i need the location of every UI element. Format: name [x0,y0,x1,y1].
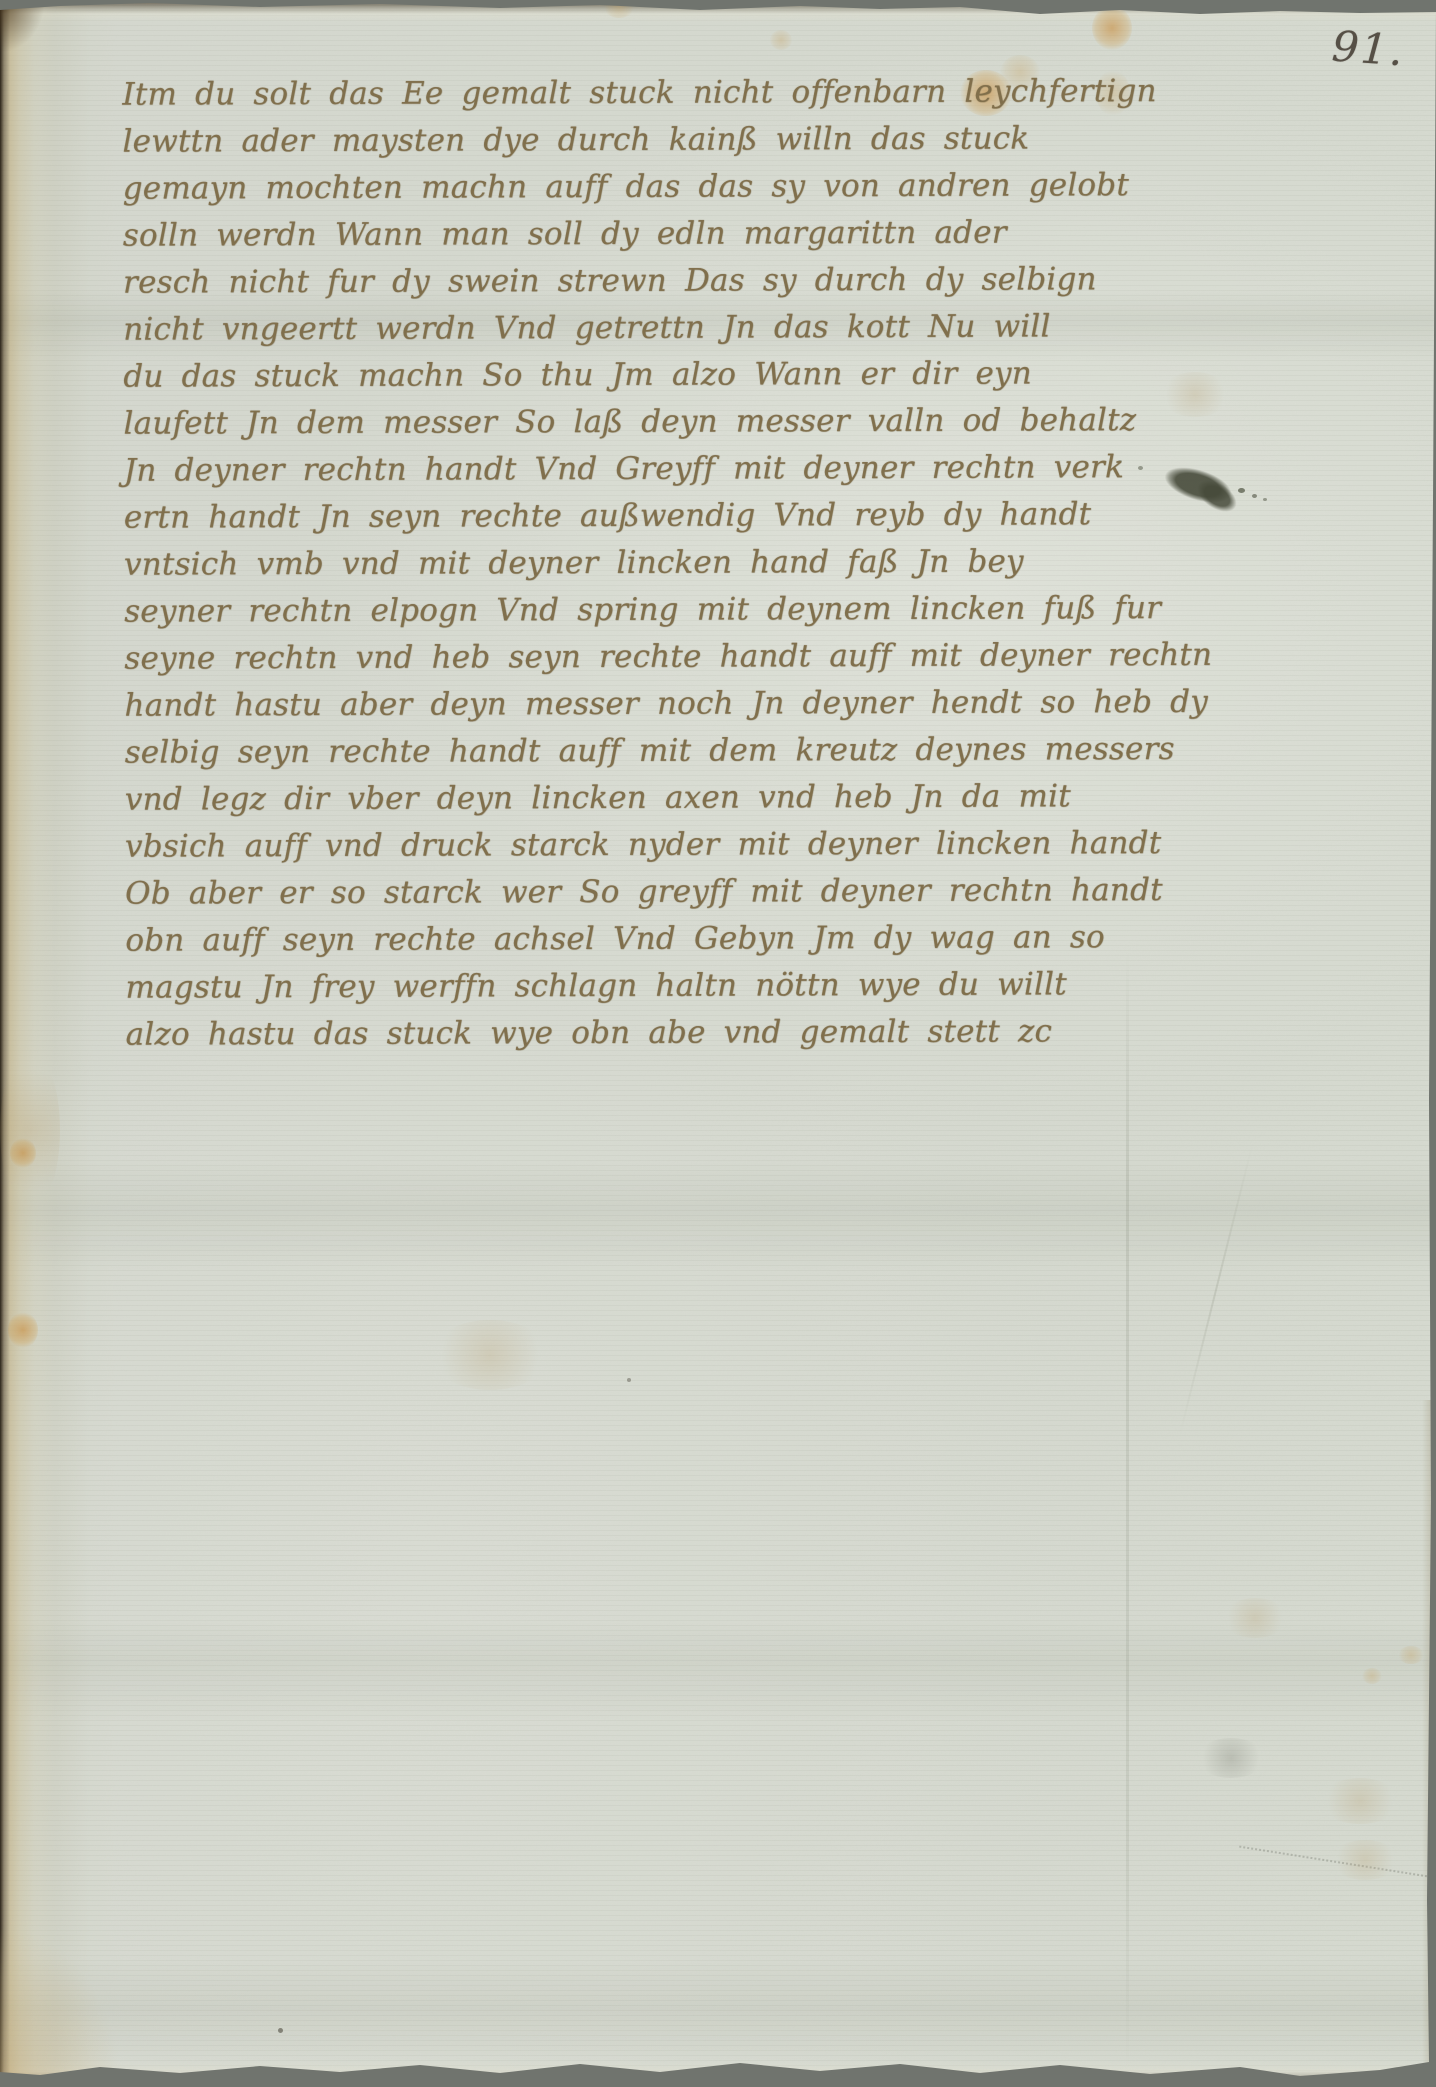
faint-stain [430,1320,550,1390]
manuscript-text-block: Itm du solt das Ee gemalt stuck nicht of… [122,68,1065,1058]
foxing-stain [1362,1668,1382,1684]
faint-stain [0,1050,60,1210]
manuscript-text-line: vbsich auff vnd druck starck nyder mit d… [125,820,1065,870]
manuscript-text-line: lewttn ader maysten dye durch kainß will… [122,115,1062,165]
manuscript-text-line: Jn deyner rechtn handt Vnd Greyff mit de… [124,444,1064,494]
manuscript-text-line: nicht vngeertt werdn Vnd getrettn Jn das… [123,303,1063,353]
gutter-corner-shadow [0,0,70,80]
manuscript-text-line: vntsich vmb vnd mit deyner lincken hand … [124,538,1064,588]
foxing-stain [770,30,792,50]
binding-gutter [0,0,90,2087]
faint-stain [1320,1778,1400,1824]
browned-bottom-left-corner [0,1867,150,2087]
foxing-stain [604,0,634,18]
manuscript-text-line: vnd legz dir vber deyn lincken axen vnd … [125,773,1065,823]
foxing-stain [10,1138,36,1168]
vertical-crease [1126,950,1129,2070]
manuscript-text-line: Itm du solt das Ee gemalt stuck nicht of… [122,68,1062,118]
manuscript-text-line: Ob aber er so starck wer So greyff mit d… [125,867,1065,917]
manuscript-page: 91. Itm du solt das Ee gemalt stuck nich… [0,0,1436,2087]
smudge-speck [1238,488,1245,493]
foxing-stain [1092,6,1132,50]
folio-number: 91. [1330,22,1406,76]
torn-top-edge [0,0,1436,22]
faint-stain [1222,1598,1288,1638]
manuscript-text-line: seyne rechtn vnd heb seyn rechte handt a… [124,632,1064,682]
manuscript-text-line: alzo hastu das stuck wye obn abe vnd gem… [126,1008,1066,1058]
manuscript-text-line: solln werdn Wann man soll dy edln margar… [123,209,1063,259]
dotted-fold-line [1239,1846,1436,1881]
manuscript-text-line: magstu Jn frey werffn schlagn haltn nött… [125,961,1065,1011]
manuscript-text-line: resch nicht fur dy swein strewn Das sy d… [123,256,1063,306]
paper-speck [627,1378,631,1382]
manuscript-text-line: ertn handt Jn seyn rechte außwendig Vnd … [124,491,1064,541]
faint-stain [1330,1840,1400,1880]
paper-speck [278,2028,283,2033]
page-right-edge [1422,1400,1436,2087]
manuscript-text-line: selbig seyn rechte handt auff mit dem kr… [125,726,1065,776]
manuscript-text-line: du das stuck machn So thu Jm alzo Wann e… [123,350,1063,400]
manuscript-text-line: seyner rechtn elpogn Vnd spring mit deyn… [124,585,1064,635]
foxing-stain [8,1312,38,1348]
ink-smudge [1146,451,1250,519]
scanned-manuscript: 91. Itm du solt das Ee gemalt stuck nich… [0,0,1436,2087]
torn-bottom-edge [0,2061,1436,2087]
manuscript-text-line: gemayn mochten machn auff das das sy von… [123,162,1063,212]
manuscript-text-line: laufett Jn dem messer So laß deyn messer… [123,397,1063,447]
smudge-speck [1252,494,1257,498]
ink-smudge [1181,464,1253,527]
faint-stain [1160,372,1230,417]
manuscript-text-line: handt hastu aber deyn messer noch Jn dey… [124,679,1064,729]
manuscript-text-line: obn auff seyn rechte achsel Vnd Gebyn Jm… [125,914,1065,964]
smudge-speck [1138,466,1143,470]
faint-gray-smudge [1196,1738,1266,1778]
diagonal-crease [1179,1144,1254,1436]
foxing-stain [1398,1646,1424,1664]
smudge-speck [1263,498,1267,501]
